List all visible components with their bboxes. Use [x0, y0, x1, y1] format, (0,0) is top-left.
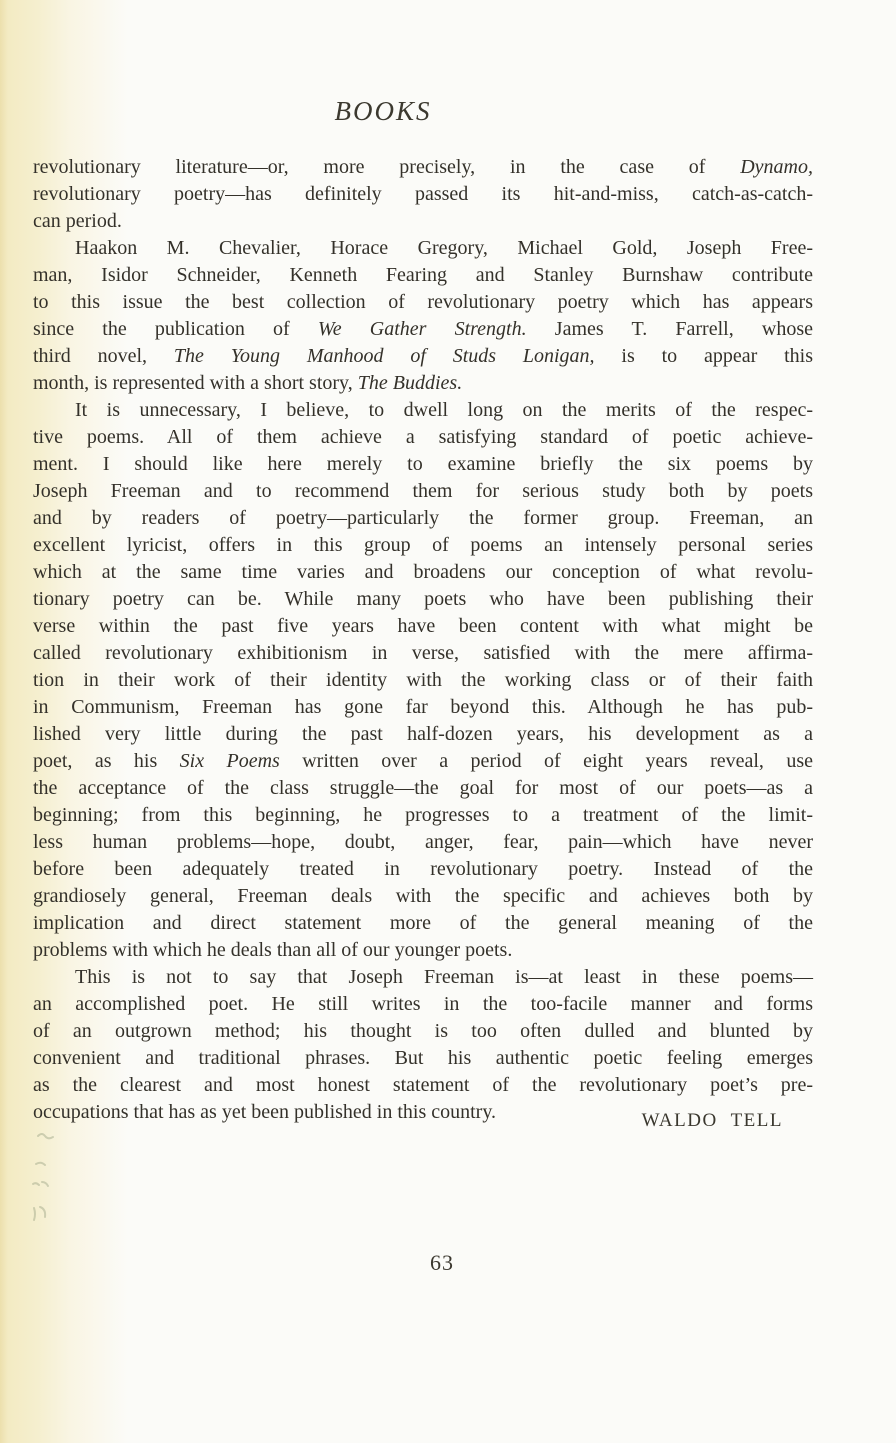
- paragraph: It is unnecessary, I believe, to dwell l…: [33, 397, 813, 964]
- text-segment: tionary poetry can be. While many poets …: [33, 588, 813, 610]
- text-segment: and by readers of poetry—particularly th…: [33, 507, 813, 529]
- text-segment: written over a period of eight years rev…: [280, 750, 813, 772]
- text-line: an accomplished poet. He still writes in…: [33, 991, 813, 1018]
- italic-text-segment: The Young Manhood of Studs Lonigan,: [174, 345, 595, 367]
- text-segment: since the publication of: [33, 318, 318, 340]
- text-line: excellent lyricist, offers in this group…: [33, 532, 813, 559]
- text-line: the acceptance of the class struggle—the…: [33, 775, 813, 802]
- text-line: implication and direct statement more of…: [33, 910, 813, 937]
- text-line: revolutionary poetry—has definitely pass…: [33, 181, 813, 208]
- text-line: Joseph Freeman and to recommend them for…: [33, 478, 813, 505]
- text-segment: called revolutionary exhibitionism in ve…: [33, 642, 813, 664]
- text-segment: problems with which he deals than all of…: [33, 939, 512, 961]
- text-segment: to this issue the best collection of rev…: [33, 291, 813, 313]
- text-line: month, is represented with a short story…: [33, 370, 813, 397]
- text-line: can period.: [33, 208, 813, 235]
- text-segment: in Communism, Freeman has gone far beyon…: [33, 696, 813, 718]
- italic-text-segment: Dynamo,: [740, 156, 813, 178]
- text-line: convenient and traditional phrases. But …: [33, 1045, 813, 1072]
- text-line: tion in their work of their identity wit…: [33, 667, 813, 694]
- page-number: 63: [0, 1250, 890, 1276]
- text-line: ment. I should like here merely to exami…: [33, 451, 813, 478]
- reviewer-signature: WALDO TELL: [33, 1110, 813, 1132]
- text-segment: tive poems. All of them achieve a satisf…: [33, 426, 813, 448]
- paragraph: This is not to say that Joseph Freeman i…: [33, 964, 813, 1126]
- text-segment: an accomplished poet. He still writes in…: [33, 993, 813, 1015]
- book-page: BOOKS revolutionary literature—or, more …: [0, 0, 896, 1443]
- text-segment: is to appear this: [595, 345, 813, 367]
- text-line: man, Isidor Schneider, Kenneth Fearing a…: [33, 262, 813, 289]
- text-segment: convenient and traditional phrases. But …: [33, 1047, 813, 1069]
- text-segment: It is unnecessary, I believe, to dwell l…: [75, 399, 813, 421]
- text-segment: as the clearest and most honest statemen…: [33, 1074, 813, 1096]
- text-segment: the acceptance of the class struggle—the…: [33, 777, 813, 799]
- paragraph: revolutionary literature—or, more precis…: [33, 154, 813, 235]
- text-line: less human problems—hope, doubt, anger, …: [33, 829, 813, 856]
- text-line: in Communism, Freeman has gone far beyon…: [33, 694, 813, 721]
- text-segment: implication and direct statement more of…: [33, 912, 813, 934]
- text-segment: lished very little during the past half-…: [33, 723, 813, 745]
- text-line: third novel, The Young Manhood of Studs …: [33, 343, 813, 370]
- text-segment: verse within the past five years have be…: [33, 615, 813, 637]
- text-line: to this issue the best collection of rev…: [33, 289, 813, 316]
- text-segment: revolutionary literature—or, more precis…: [33, 156, 740, 178]
- text-segment: can period.: [33, 210, 122, 232]
- text-line: It is unnecessary, I believe, to dwell l…: [33, 397, 813, 424]
- text-line: which at the same time varies and broade…: [33, 559, 813, 586]
- text-segment: before been adequately treated in revolu…: [33, 858, 813, 880]
- italic-text-segment: The Buddies.: [358, 372, 462, 394]
- italic-text-segment: We Gather Strength.: [318, 318, 527, 340]
- text-line: lished very little during the past half-…: [33, 721, 813, 748]
- pencil-mark: [33, 1134, 53, 1220]
- text-segment: third novel,: [33, 345, 174, 367]
- body-text: revolutionary literature—or, more precis…: [33, 154, 813, 1126]
- text-segment: less human problems—hope, doubt, anger, …: [33, 831, 813, 853]
- text-line: verse within the past five years have be…: [33, 613, 813, 640]
- text-segment: revolutionary poetry—has definitely pass…: [33, 183, 813, 205]
- text-line: called revolutionary exhibitionism in ve…: [33, 640, 813, 667]
- text-line: as the clearest and most honest statemen…: [33, 1072, 813, 1099]
- text-segment: ment. I should like here merely to exami…: [33, 453, 813, 475]
- text-line: of an outgrown method; his thought is to…: [33, 1018, 813, 1045]
- text-line: beginning; from this beginning, he progr…: [33, 802, 813, 829]
- paragraph: Haakon M. Chevalier, Horace Gregory, Mic…: [33, 235, 813, 397]
- text-line: tionary poetry can be. While many poets …: [33, 586, 813, 613]
- text-segment: of an outgrown method; his thought is to…: [33, 1020, 813, 1042]
- text-segment: This is not to say that Joseph Freeman i…: [75, 966, 813, 988]
- text-segment: tion in their work of their identity wit…: [33, 669, 813, 691]
- text-line: poet, as his Six Poems written over a pe…: [33, 748, 813, 775]
- text-line: problems with which he deals than all of…: [33, 937, 813, 964]
- text-segment: poet, as his: [33, 750, 180, 772]
- text-line: grandiosely general, Freeman deals with …: [33, 883, 813, 910]
- margin-pencil-marks: [26, 1128, 66, 1278]
- text-segment: month, is represented with a short story…: [33, 372, 358, 394]
- text-line: tive poems. All of them achieve a satisf…: [33, 424, 813, 451]
- text-line: and by readers of poetry—particularly th…: [33, 505, 813, 532]
- text-line: revolutionary literature—or, more precis…: [33, 154, 813, 181]
- text-segment: man, Isidor Schneider, Kenneth Fearing a…: [33, 264, 813, 286]
- text-segment: beginning; from this beginning, he progr…: [33, 804, 813, 826]
- text-line: before been adequately treated in revolu…: [33, 856, 813, 883]
- text-segment: which at the same time varies and broade…: [33, 561, 813, 583]
- text-line: Haakon M. Chevalier, Horace Gregory, Mic…: [33, 235, 813, 262]
- italic-text-segment: Six Poems: [180, 750, 280, 772]
- text-segment: grandiosely general, Freeman deals with …: [33, 885, 813, 907]
- text-segment: Joseph Freeman and to recommend them for…: [33, 480, 813, 502]
- text-segment: James T. Farrell, whose: [527, 318, 813, 340]
- page-title: BOOKS: [0, 96, 773, 127]
- text-segment: excellent lyricist, offers in this group…: [33, 534, 813, 556]
- text-segment: Haakon M. Chevalier, Horace Gregory, Mic…: [75, 237, 813, 259]
- text-line: This is not to say that Joseph Freeman i…: [33, 964, 813, 991]
- text-line: since the publication of We Gather Stren…: [33, 316, 813, 343]
